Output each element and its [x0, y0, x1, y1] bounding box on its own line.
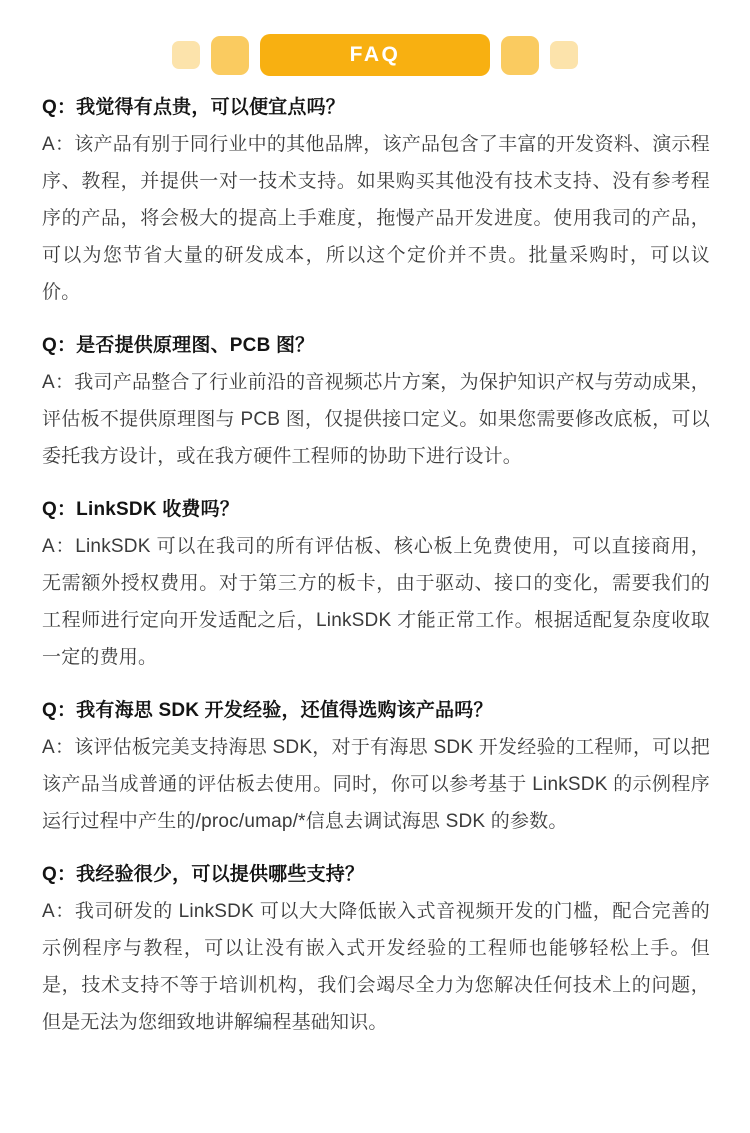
faq-answer: A：LinkSDK 可以在我司的所有评估板、核心板上免费使用，可以直接商用，无需… — [42, 528, 710, 676]
faq-item: Q：LinkSDK 收费吗？ A：LinkSDK 可以在我司的所有评估板、核心板… — [42, 491, 710, 676]
faq-answer: A：该评估板完美支持海思 SDK，对于有海思 SDK 开发经验的工程师，可以把该… — [42, 729, 710, 840]
faq-answer: A：我司产品整合了行业前沿的音视频芯片方案，为保护知识产权与劳动成果，评估板不提… — [42, 364, 710, 475]
faq-question: Q：LinkSDK 收费吗？ — [42, 491, 710, 528]
decorative-square-right-inner — [501, 36, 539, 75]
faq-banner: FAQ — [260, 34, 490, 76]
faq-answer: A：我司研发的 LinkSDK 可以大大降低嵌入式音视频开发的门槛，配合完善的示… — [42, 893, 710, 1041]
faq-item: Q：是否提供原理图、PCB 图？ A：我司产品整合了行业前沿的音视频芯片方案，为… — [42, 327, 710, 475]
page-title: FAQ — [350, 43, 401, 67]
faq-question: Q：是否提供原理图、PCB 图？ — [42, 327, 710, 364]
faq-item: Q：我经验很少，可以提供哪些支持？ A：我司研发的 LinkSDK 可以大大降低… — [42, 856, 710, 1041]
faq-question: Q：我觉得有点贵，可以便宜点吗？ — [42, 89, 710, 126]
faq-answer: A：该产品有别于同行业中的其他品牌，该产品包含了丰富的开发资料、演示程序、教程，… — [42, 126, 710, 311]
faq-item: Q：我觉得有点贵，可以便宜点吗？ A：该产品有别于同行业中的其他品牌，该产品包含… — [42, 89, 710, 311]
faq-question: Q：我经验很少，可以提供哪些支持？ — [42, 856, 710, 893]
faq-list: Q：我觉得有点贵，可以便宜点吗？ A：该产品有别于同行业中的其他品牌，该产品包含… — [0, 76, 750, 1041]
decorative-square-left-inner — [211, 36, 249, 75]
decorative-square-right-outer — [550, 41, 578, 69]
decorative-square-left-outer — [172, 41, 200, 69]
faq-page: FAQ Q：我觉得有点贵，可以便宜点吗？ A：该产品有别于同行业中的其他品牌，该… — [0, 0, 750, 1133]
faq-header: FAQ — [0, 0, 750, 76]
faq-question: Q：我有海思 SDK 开发经验，还值得选购该产品吗？ — [42, 692, 710, 729]
faq-item: Q：我有海思 SDK 开发经验，还值得选购该产品吗？ A：该评估板完美支持海思 … — [42, 692, 710, 840]
